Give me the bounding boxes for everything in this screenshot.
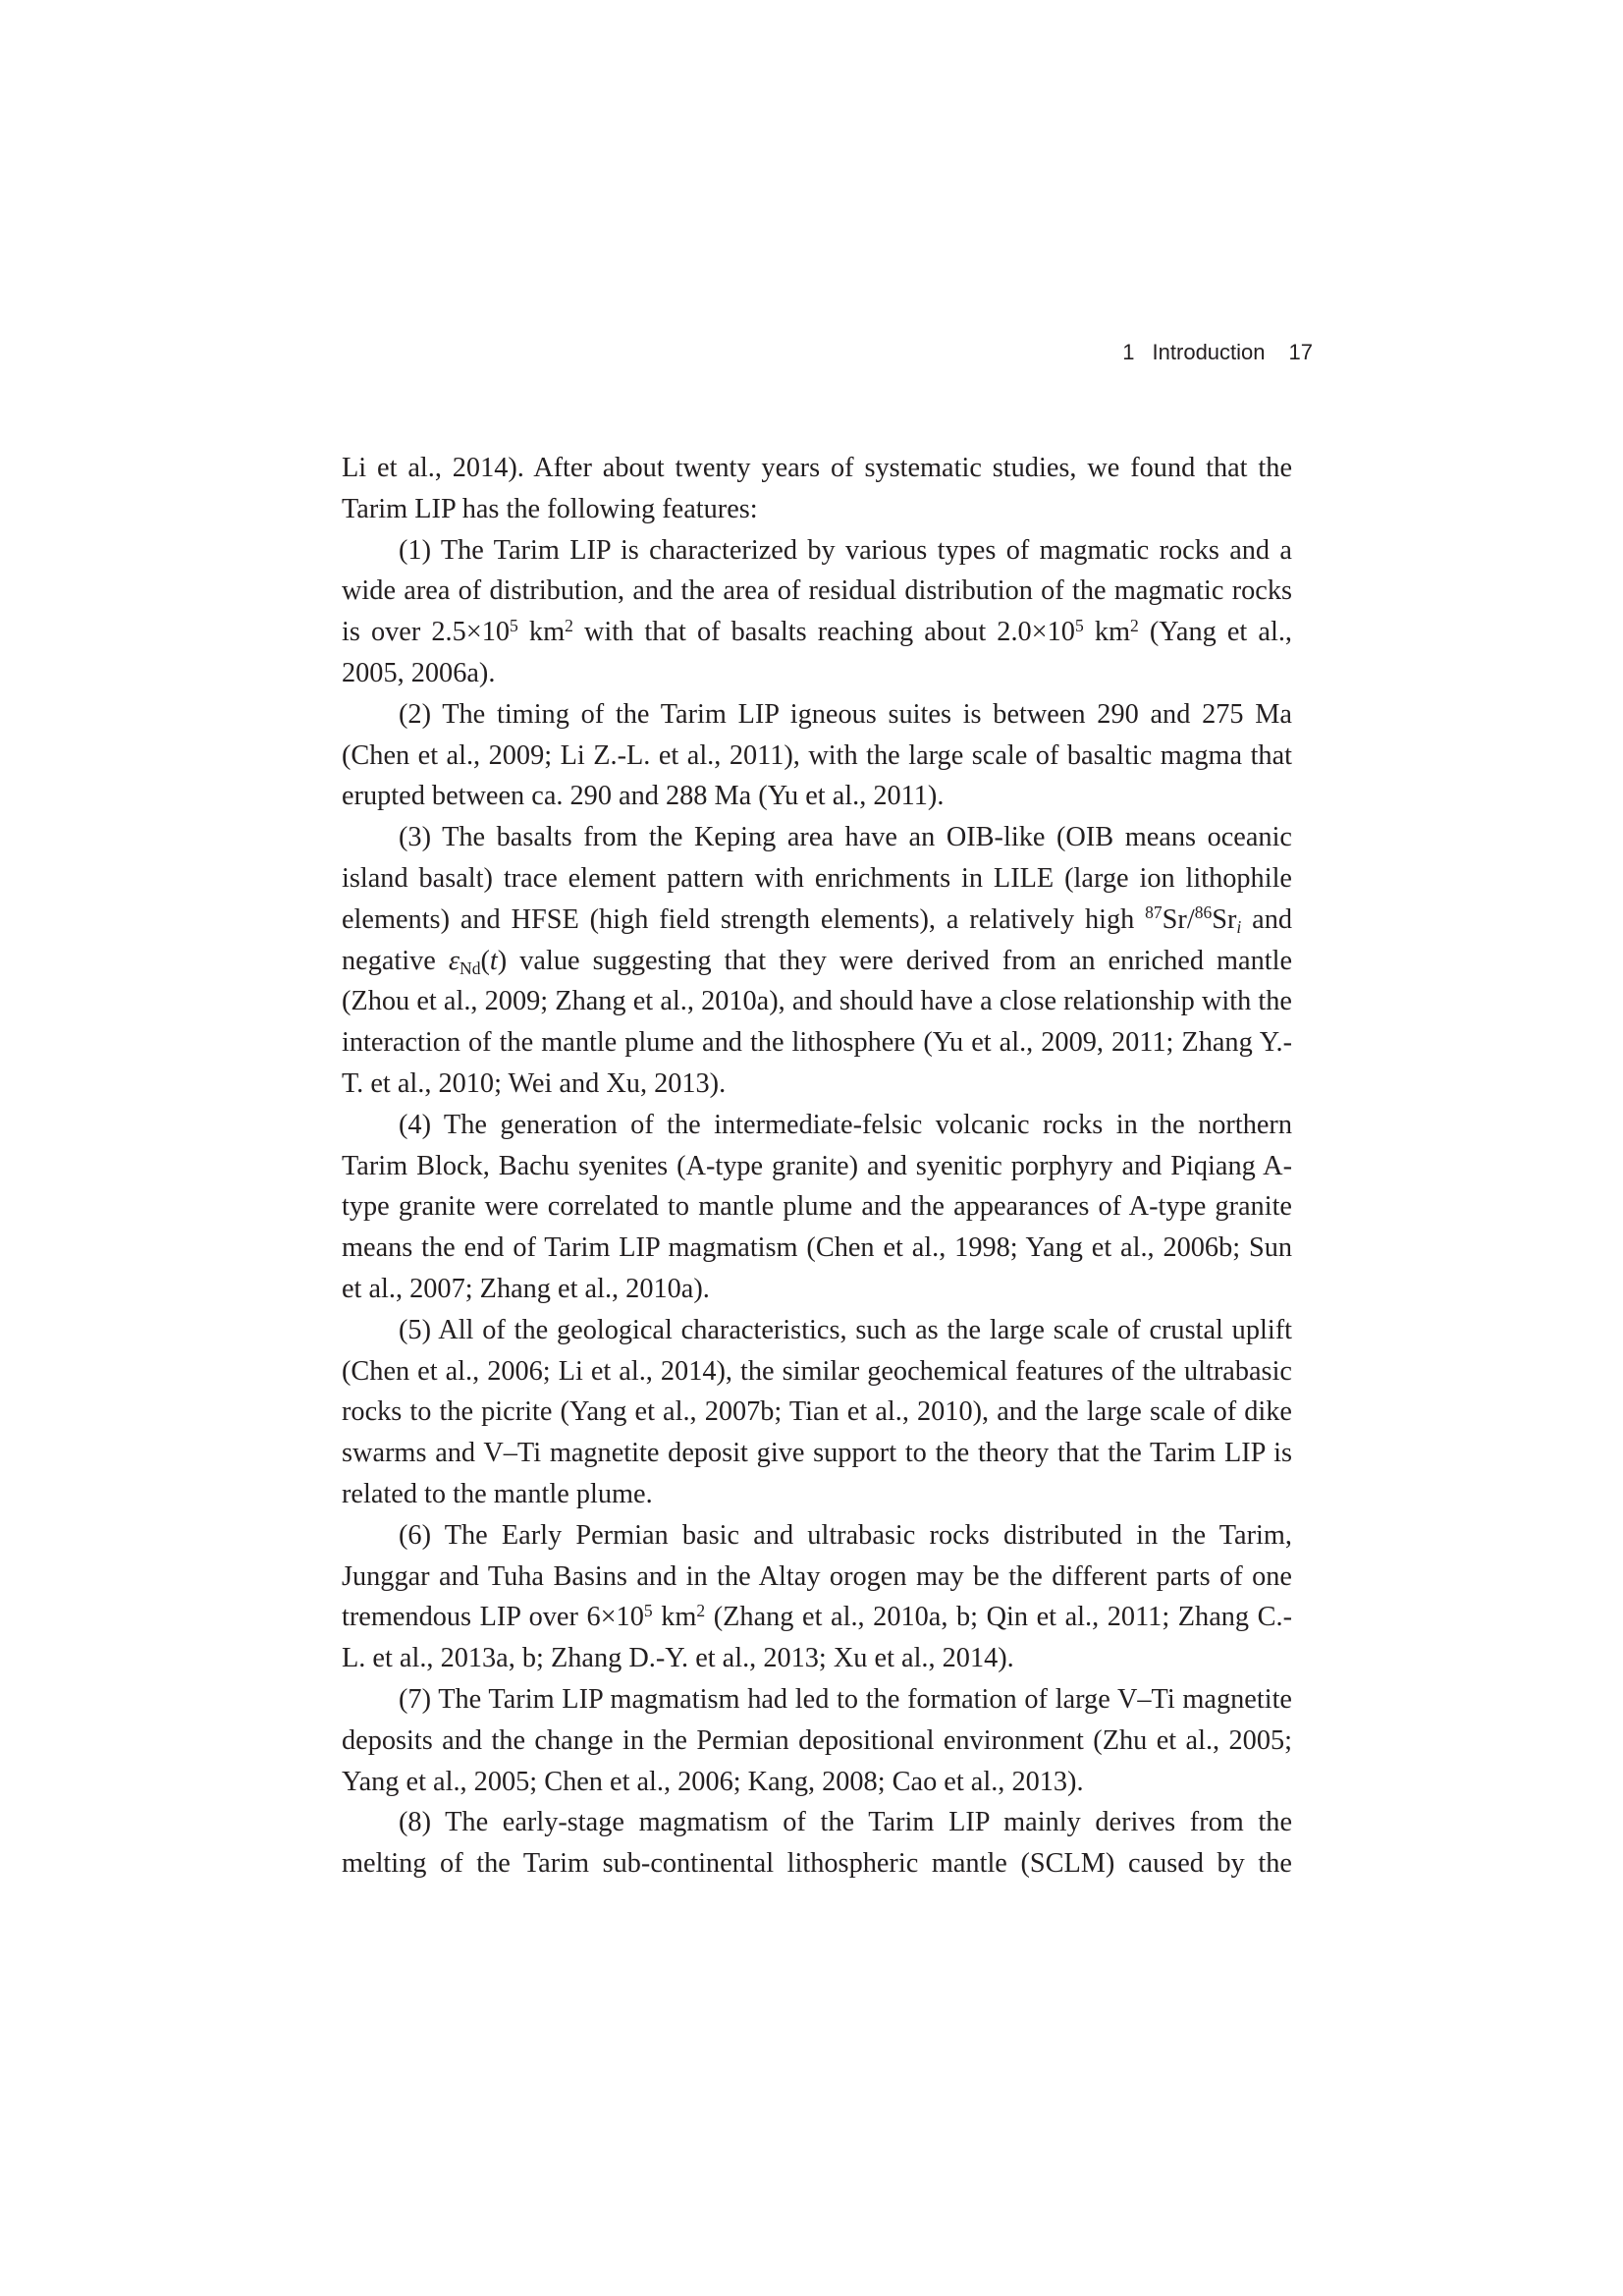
- feature-item-1: (1) The Tarim LIP is characterized by va…: [342, 530, 1292, 694]
- item-label: (7): [399, 1684, 431, 1715]
- feature-item-4: (4) The generation of the intermediate-f…: [342, 1105, 1292, 1310]
- feature-item-8: (8) The early-stage magmatism of the Tar…: [342, 1802, 1292, 1885]
- body-text: Li et al., 2014). After about twenty yea…: [342, 448, 1292, 1885]
- intro-paragraph: Li et al., 2014). After about twenty yea…: [342, 448, 1292, 530]
- item-label: (3): [399, 822, 431, 852]
- chapter-number: 1: [1122, 340, 1134, 365]
- feature-item-6: (6) The Early Permian basic and ultrabas…: [342, 1515, 1292, 1679]
- chapter-title: Introduction: [1153, 340, 1266, 365]
- item-label: (5): [399, 1315, 431, 1345]
- item-label: (8): [399, 1807, 431, 1837]
- feature-item-3: (3) The basalts from the Keping area hav…: [342, 817, 1292, 1105]
- feature-item-5: (5) All of the geological characteristic…: [342, 1310, 1292, 1515]
- page-number: 17: [1289, 340, 1313, 365]
- running-head: 1Introduction17: [982, 340, 1313, 365]
- item-label: (1): [399, 535, 431, 566]
- item-label: (2): [399, 699, 431, 730]
- item-label: (4): [399, 1110, 431, 1140]
- feature-item-7: (7) The Tarim LIP magmatism had led to t…: [342, 1679, 1292, 1802]
- feature-item-2: (2) The timing of the Tarim LIP igneous …: [342, 694, 1292, 817]
- item-label: (6): [399, 1520, 431, 1551]
- epsilon-symbol: ε: [449, 946, 460, 976]
